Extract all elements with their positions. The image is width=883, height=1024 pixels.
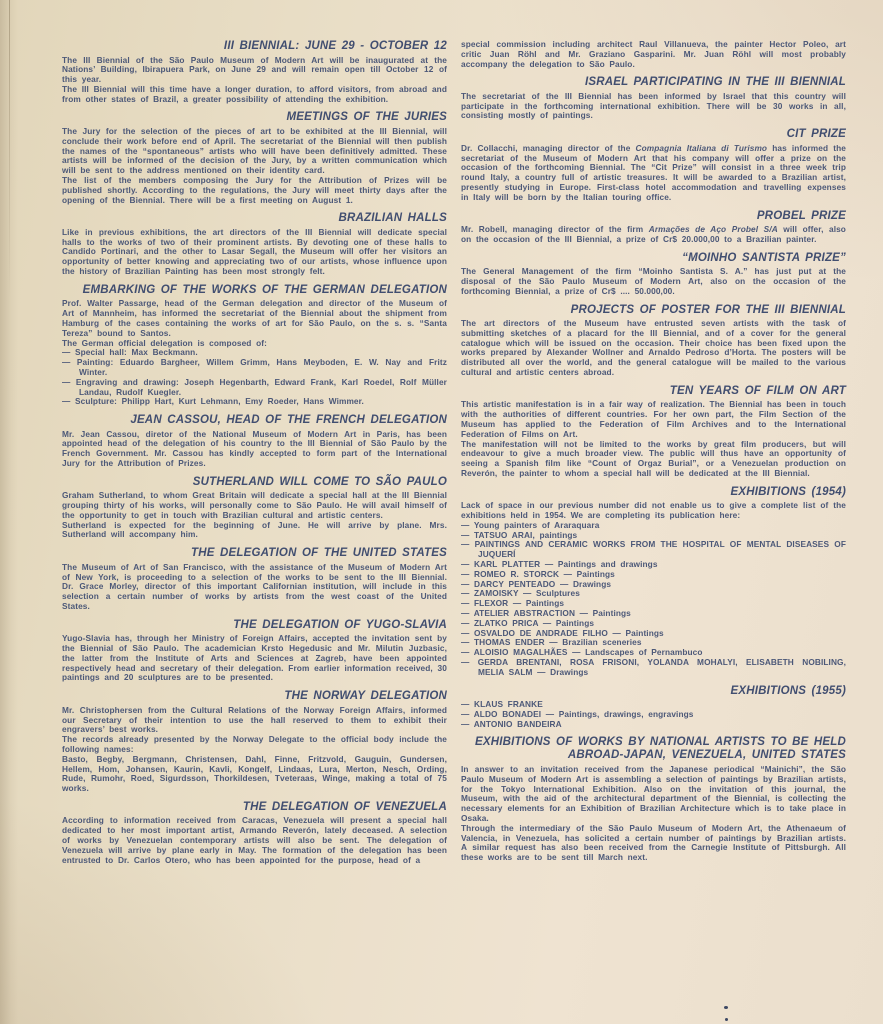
article-section: BRAZILIAN HALLSLike in previous exhibiti… [62, 212, 447, 276]
section-heading: SUTHERLAND WILL COME TO SÃO PAULO [62, 476, 447, 489]
paragraph: Mr. Christophersen from the Cultural Rel… [62, 706, 447, 735]
paragraph: The General Management of the firm “Moin… [461, 267, 846, 296]
article-section: THE DELEGATION OF YUGO-SLAVIAYugo-Slavia… [62, 619, 447, 683]
paragraph: Like in previous exhibitions, the art di… [62, 228, 447, 277]
article-section: THE DELEGATION OF THE UNITED STATESThe M… [62, 547, 447, 611]
article-section: EXHIBITIONS OF WORKS BY NATIONAL ARTISTS… [461, 736, 846, 862]
paragraph: The art directors of the Museum have ent… [461, 319, 846, 378]
paragraph: According to information received from C… [62, 816, 447, 865]
paragraph: Sutherland is expected for the beginning… [62, 521, 447, 541]
article-section: III BIENNIAL: JUNE 29 - OCTOBER 12The II… [62, 40, 447, 104]
section-heading: EXHIBITIONS OF WORKS BY NATIONAL ARTISTS… [461, 736, 846, 762]
section-heading: THE DELEGATION OF THE UNITED STATES [62, 547, 447, 560]
page-fold-shadow [0, 0, 18, 1024]
ink-speck [725, 1018, 728, 1021]
list-item: — GERDA BRENTANI, ROSA FRISONI, YOLANDA … [461, 658, 846, 678]
section-heading: EXHIBITIONS (1955) [461, 685, 846, 698]
column-right: special commission including architect R… [461, 40, 846, 868]
paragraph: The list of the members composing the Ju… [62, 176, 447, 205]
paragraph: Mr. Jean Cassou, diretor of the National… [62, 430, 447, 469]
section-heading: EMBARKING OF THE WORKS OF THE GERMAN DEL… [62, 284, 447, 297]
article-section: JEAN CASSOU, HEAD OF THE FRENCH DELEGATI… [62, 414, 447, 469]
page-fold-crease [9, 0, 10, 300]
article-section: CIT PRIZEDr. Collacchi, managing directo… [461, 128, 846, 202]
article-section: ISRAEL PARTICIPATING IN THE III BIENNIAL… [461, 76, 846, 121]
paragraph: The Jury for the selection of the pieces… [62, 127, 447, 176]
paragraph: special commission including architect R… [461, 40, 846, 69]
paragraph: The manifestation will not be limited to… [461, 440, 846, 479]
section-heading: PROBEL PRIZE [461, 210, 846, 223]
ink-speck [724, 1006, 728, 1009]
section-heading: “MOINHO SANTISTA PRIZE” [461, 252, 846, 265]
paragraph: The III Biennial of the São Paulo Museum… [62, 56, 447, 85]
article-section: “MOINHO SANTISTA PRIZE”The General Manag… [461, 252, 846, 297]
paragraph: In answer to an invitation received from… [461, 765, 846, 824]
paragraph: The Museum of Art of San Francisco, with… [62, 563, 447, 612]
section-heading: BRAZILIAN HALLS [62, 212, 447, 225]
article-section: MEETINGS OF THE JURIESThe Jury for the s… [62, 111, 447, 205]
paragraph: Through the intermediary of the São Paul… [461, 824, 846, 863]
paragraph: The secretariat of the III Biennial has … [461, 92, 846, 121]
column-left: III BIENNIAL: JUNE 29 - OCTOBER 12The II… [62, 40, 447, 868]
section-heading: ISRAEL PARTICIPATING IN THE III BIENNIAL [461, 76, 846, 89]
section-heading: III BIENNIAL: JUNE 29 - OCTOBER 12 [62, 40, 447, 53]
paragraph: Basto, Begby, Bergmann, Christensen, Dah… [62, 755, 447, 794]
section-heading: CIT PRIZE [461, 128, 846, 141]
article-section: special commission including architect R… [461, 40, 846, 69]
paragraph: This artistic manifestation is in a fair… [461, 400, 846, 439]
paragraph: The III Biennial will this time have a l… [62, 85, 447, 105]
section-heading: THE DELEGATION OF YUGO-SLAVIA [62, 619, 447, 632]
section-heading: TEN YEARS OF FILM ON ART [461, 385, 846, 398]
section-heading: MEETINGS OF THE JURIES [62, 111, 447, 124]
article-section: EXHIBITIONS (1955)— KLAUS FRANKE— ALDO B… [461, 685, 846, 730]
section-heading: THE NORWAY DELEGATION [62, 690, 447, 703]
list-item: — ANTONIO BANDEIRA [461, 720, 846, 730]
article-section: THE NORWAY DELEGATIONMr. Christophersen … [62, 690, 447, 794]
article-section: SUTHERLAND WILL COME TO SÃO PAULOGraham … [62, 476, 447, 540]
section-heading: EXHIBITIONS (1954) [461, 486, 846, 499]
scanned-bulletin-page: { "page": { "paper_color": "#e9dec8", "i… [0, 0, 883, 1024]
paragraph: Lack of space in our previous number did… [461, 501, 846, 521]
article-section: TEN YEARS OF FILM ON ARTThis artistic ma… [461, 385, 846, 479]
list-item: — Engraving and drawing: Joseph Hegenbar… [62, 378, 447, 398]
section-heading: THE DELEGATION OF VENEZUELA [62, 801, 447, 814]
paragraph: Graham Sutherland, to whom Great Britain… [62, 491, 447, 520]
article-section: PROBEL PRIZEMr. Robell, managing directo… [461, 210, 846, 245]
article-section: EXHIBITIONS (1954)Lack of space in our p… [461, 486, 846, 678]
bulletin-text-area: III BIENNIAL: JUNE 29 - OCTOBER 12The II… [62, 40, 846, 868]
paragraph: The records already presented by the Nor… [62, 735, 447, 755]
paragraph: Prof. Walter Passarge, head of the Germa… [62, 299, 447, 338]
list-item: — Painting: Eduardo Bargheer, Willem Gri… [62, 358, 447, 378]
article-section: PROJECTS OF POSTER FOR THE III BIENNIALT… [461, 304, 846, 378]
paragraph: Dr. Collacchi, managing director of the … [461, 144, 846, 203]
list-item: — PAINTINGS AND CERAMIC WORKS FROM THE H… [461, 540, 846, 560]
article-section: THE DELEGATION OF VENEZUELAAccording to … [62, 801, 447, 865]
section-heading: PROJECTS OF POSTER FOR THE III BIENNIAL [461, 304, 846, 317]
paragraph: Mr. Robell, managing director of the fir… [461, 225, 846, 245]
paragraph: Yugo-Slavia has, through her Ministry of… [62, 634, 447, 683]
section-heading: JEAN CASSOU, HEAD OF THE FRENCH DELEGATI… [62, 414, 447, 427]
list-item: — Sculpture: Philipp Hart, Kurt Lehmann,… [62, 397, 447, 407]
article-section: EMBARKING OF THE WORKS OF THE GERMAN DEL… [62, 284, 447, 407]
